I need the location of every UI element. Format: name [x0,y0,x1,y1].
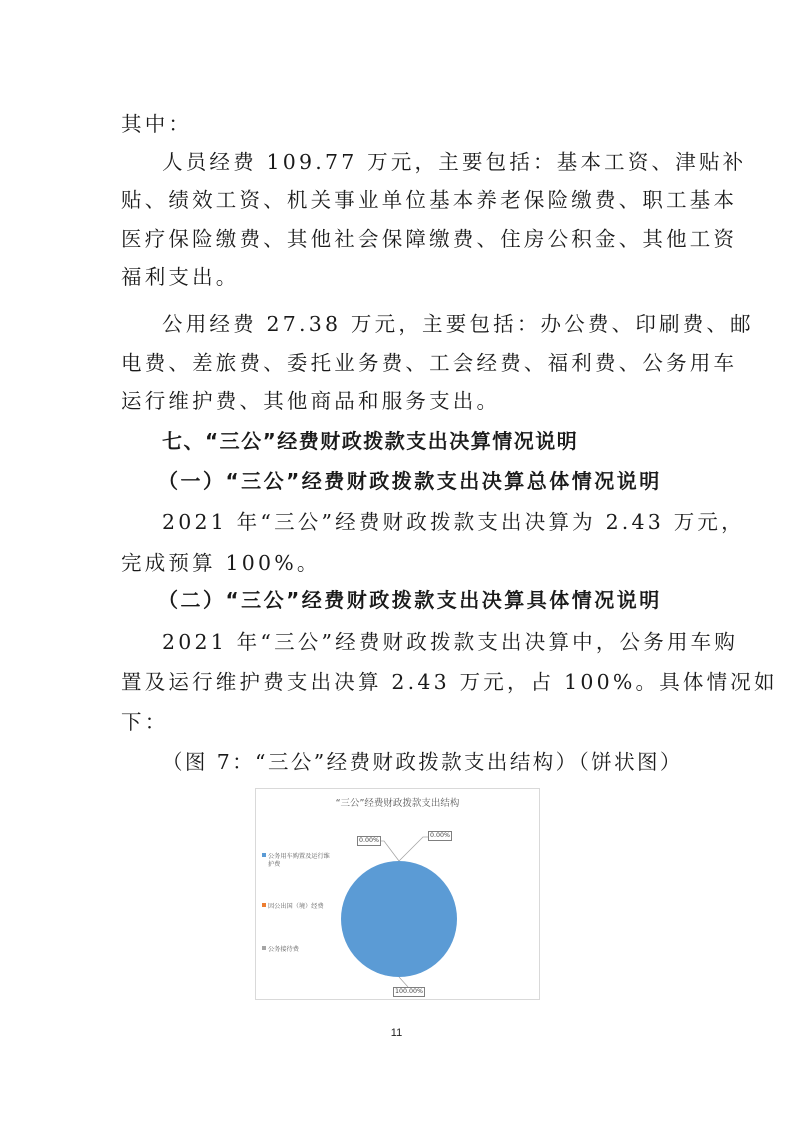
section-heading-7: 七、“三公”经费财政拨款支出决算情况说明 [162,427,578,455]
pie-chart: “三公”经费财政拨款支出结构 公务用车购置及运行维护费 因公出国（境）经费 公务… [255,788,540,1000]
paragraph-personnel-line-4: 福利支出。 [121,263,240,291]
paragraph-personnel-line-1: 人员经费 109.77 万元，主要包括：基本工资、津贴补 [162,148,746,176]
pie-graphic [256,789,539,999]
document-page: 其中： 人员经费 109.77 万元，主要包括：基本工资、津贴补 贴、绩效工资、… [0,0,793,1122]
paragraph-public-line-3: 运行维护费、其他商品和服务支出。 [121,387,500,415]
pie-slice-vehicle [341,861,457,977]
paragraph-public-line-1: 公用经费 27.38 万元，主要包括：办公费、印刷费、邮 [162,310,754,338]
data-label-vehicle: 100.00% [393,987,425,997]
paragraph-sub2-line-3: 下： [121,708,168,736]
paragraph-sub1-line-2: 完成预算 100%。 [121,549,321,577]
paragraph-sub2-line-2: 置及运行维护费支出决算 2.43 万元，占 100%。具体情况如 [121,668,778,696]
data-label-reception: 0.00% [428,831,452,841]
paragraph-sub2-line-1: 2021 年“三公”经费财政拨款支出决算中，公务用车购 [162,628,738,656]
paragraph-public-line-2: 电费、差旅费、委托业务费、工会经费、福利费、公务用车 [121,349,737,377]
paragraph-personnel-line-2: 贴、绩效工资、机关事业单位基本养老保险缴费、职工基本 [121,186,737,214]
data-label-overseas: 0.00% [357,836,381,846]
figure-caption: （图 7：“三公”经费财政拨款支出结构）（饼状图） [162,748,683,776]
page-number: 11 [0,1027,793,1039]
subsection-heading-2: （二）“三公”经费财政拨款支出决算具体情况说明 [158,586,662,614]
subsection-heading-1: （一）“三公”经费财政拨款支出决算总体情况说明 [158,467,662,495]
paragraph-sub1-line-1: 2021 年“三公”经费财政拨款支出决算为 2.43 万元， [162,508,745,536]
paragraph-intro: 其中： [121,110,192,138]
paragraph-personnel-line-3: 医疗保险缴费、其他社会保障缴费、住房公积金、其他工资 [121,225,737,253]
